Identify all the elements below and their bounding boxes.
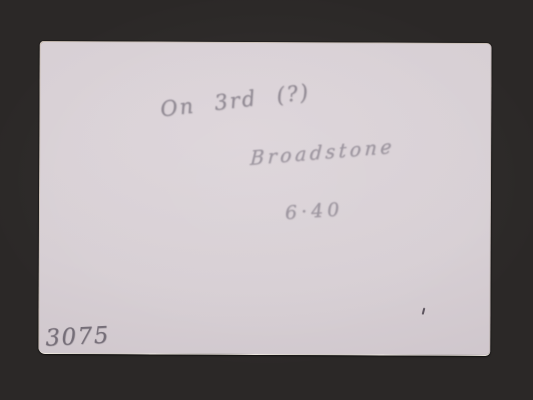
catalog-number: 3075	[45, 323, 111, 352]
stray-pencil-mark	[422, 308, 426, 315]
handwritten-line-place: Broadstone	[250, 136, 396, 170]
handwritten-line-date: On 3rd (?)	[159, 80, 311, 122]
photo-scan: On 3rd (?) Broadstone 6·40 3075	[0, 0, 533, 400]
handwritten-line-time: 6·40	[284, 198, 344, 224]
photo-card-back: On 3rd (?) Broadstone 6·40 3075	[38, 41, 491, 356]
